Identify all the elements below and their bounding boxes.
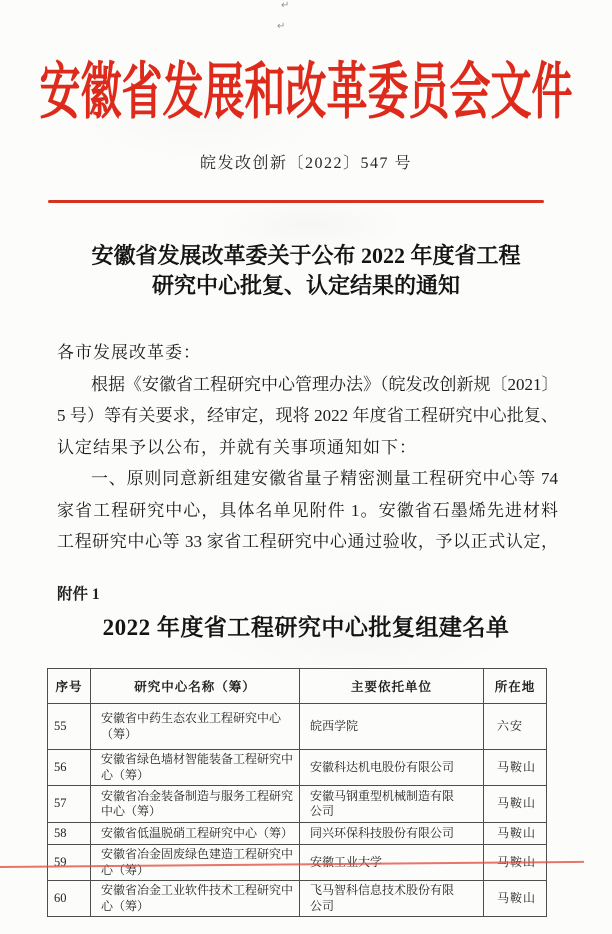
col-header-org: 主要依托单位 <box>300 669 484 704</box>
body-line: 认定结果予以公布，并就有关事项通知如下： <box>57 432 558 464</box>
cell-city: 马鞍山 <box>484 823 547 845</box>
attachment-table-title: 2022 年度省工程研究中心批复组建名单 <box>0 609 612 642</box>
cell-name: 安徽省冶金工业软件技术工程研究中心（筹） <box>91 881 300 917</box>
body-line: 一、原则同意新组建安徽省量子精密测量工程研究中心等 74 <box>57 463 558 495</box>
col-header-index: 序号 <box>48 669 91 704</box>
red-divider-rule <box>48 200 544 203</box>
table-header-row: 序号 研究中心名称（筹） 主要依托单位 所在地 <box>48 669 547 704</box>
cell-name: 安徽省绿色墙材智能装备工程研究中心（筹） <box>91 750 300 786</box>
body-line: 根据《安徽省工程研究中心管理办法》（皖发改创新规〔2021〕 <box>57 369 558 401</box>
attachment-label: 附件 1 <box>57 582 100 604</box>
cell-index: 56 <box>48 750 91 786</box>
cell-index: 60 <box>48 881 91 917</box>
cell-name: 安徽省冶金装备制造与服务工程研究中心（筹） <box>91 786 300 823</box>
agency-letterhead-title: 安徽省发展和改革委员会文件 <box>0 42 612 131</box>
cell-org: 安徽科达机电股份有限公司 <box>300 750 484 786</box>
cell-org: 安徽马钢重型机械制造有限公司 <box>300 786 484 823</box>
body-line: 5 号）等有关要求，经审定，现将 2022 年度省工程研究中心批复、 <box>57 400 558 432</box>
cell-city: 六安 <box>484 704 547 750</box>
research-centers-table: 序号 研究中心名称（筹） 主要依托单位 所在地 55 安徽省中药生态农业工程研究… <box>47 668 547 917</box>
table-row: 55 安徽省中药生态农业工程研究中心（筹） 皖西学院 六安 <box>48 704 547 750</box>
return-mark-icon: ↵ <box>277 21 285 32</box>
table-row: 56 安徽省绿色墙材智能装备工程研究中心（筹） 安徽科达机电股份有限公司 马鞍山 <box>48 750 547 786</box>
cell-org: 皖西学院 <box>300 704 484 750</box>
notice-title: 安徽省发展改革委关于公布 2022 年度省工程 研究中心批复、认定结果的通知 <box>0 241 612 301</box>
cell-index: 58 <box>48 823 91 845</box>
table-row: 57 安徽省冶金装备制造与服务工程研究中心（筹） 安徽马钢重型机械制造有限公司 … <box>48 786 547 823</box>
cell-city: 马鞍山 <box>484 786 547 823</box>
cell-org: 飞马智科信息技术股份有限公司 <box>300 881 484 917</box>
cell-org: 同兴环保科技股份有限公司 <box>300 823 484 845</box>
cell-index: 57 <box>48 786 91 823</box>
cell-name: 安徽省中药生态农业工程研究中心（筹） <box>91 704 300 750</box>
notice-body: 各市发展改革委： 根据《安徽省工程研究中心管理办法》（皖发改创新规〔2021〕 … <box>57 337 558 558</box>
col-header-name: 研究中心名称（筹） <box>91 669 300 704</box>
return-mark-icon: ↵ <box>281 0 289 11</box>
body-salutation: 各市发展改革委： <box>57 337 558 369</box>
notice-title-line-1: 安徽省发展改革委关于公布 2022 年度省工程 <box>0 241 612 271</box>
document-number: 皖发改创新〔2022〕547 号 <box>0 150 612 173</box>
cell-index: 59 <box>48 845 91 881</box>
cell-index: 55 <box>48 704 91 750</box>
cell-city: 马鞍山 <box>484 750 547 786</box>
notice-title-line-2: 研究中心批复、认定结果的通知 <box>0 271 612 301</box>
cell-name: 安徽省冶金固废绿色建造工程研究中心（筹） <box>91 845 300 881</box>
cell-city: 马鞍山 <box>484 881 547 917</box>
body-line: 家省工程研究中心，具体名单见附件 1。安徽省石墨烯先进材料 <box>57 495 558 527</box>
table-row: 60 安徽省冶金工业软件技术工程研究中心（筹） 飞马智科信息技术股份有限公司 马… <box>48 881 547 917</box>
table-row: 58 安徽省低温脱硝工程研究中心（筹） 同兴环保科技股份有限公司 马鞍山 <box>48 823 547 845</box>
body-line: 工程研究中心等 33 家省工程研究中心通过验收，予以正式认定， <box>57 526 558 558</box>
cell-name: 安徽省低温脱硝工程研究中心（筹） <box>91 823 300 845</box>
scanned-document-page: ↵ ↵ 安徽省发展和改革委员会文件 皖发改创新〔2022〕547 号 安徽省发展… <box>0 0 612 934</box>
col-header-city: 所在地 <box>484 669 547 704</box>
